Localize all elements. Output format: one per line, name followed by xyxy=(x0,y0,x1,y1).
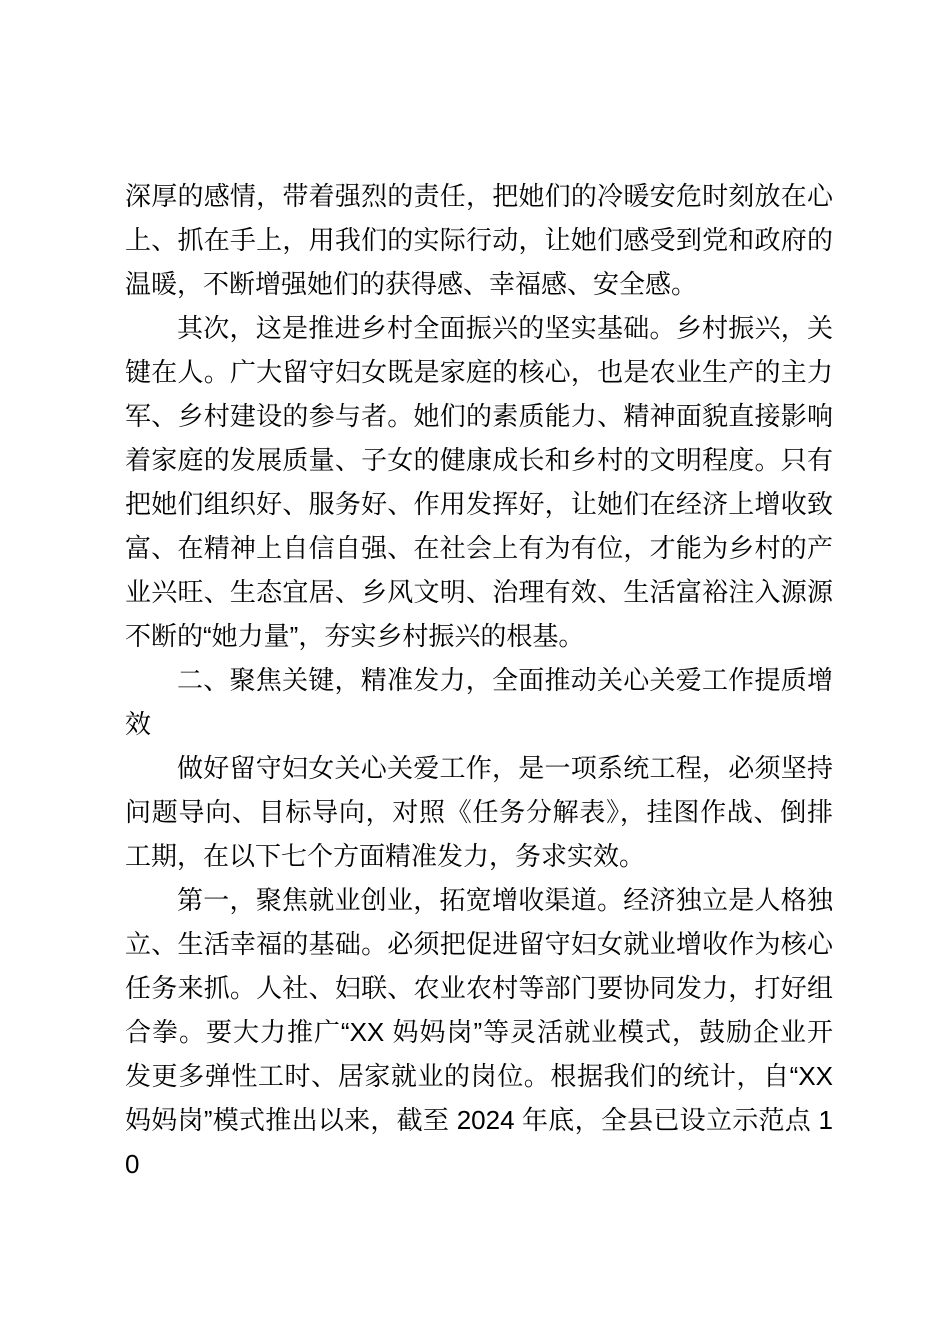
document-body: 深厚的感情，带着强烈的责任，把她们的冷暖安危时刻放在心上、抓在手上，用我们的实际… xyxy=(125,174,833,1186)
document-page: 深厚的感情，带着强烈的责任，把她们的冷暖安危时刻放在心上、抓在手上，用我们的实际… xyxy=(0,0,950,1344)
paragraph-importance-rural-revitalization: 其次，这是推进乡村全面振兴的坚实基础。乡村振兴，关键在人。广大留守妇女既是家庭的… xyxy=(125,306,833,658)
paragraph-first-employment: 第一，聚焦就业创业，拓宽增收渠道。经济独立是人格独立、生活幸福的基础。必须把促进… xyxy=(125,878,833,1186)
section-heading-2: 二、聚焦关键，精准发力，全面推动关心关爱工作提质增效 xyxy=(125,658,833,746)
paragraph-continuation: 深厚的感情，带着强烈的责任，把她们的冷暖安危时刻放在心上、抓在手上，用我们的实际… xyxy=(125,174,833,306)
paragraph-systematic-work: 做好留守妇女关心关爱工作，是一项系统工程，必须坚持问题导向、目标导向，对照《任务… xyxy=(125,746,833,878)
